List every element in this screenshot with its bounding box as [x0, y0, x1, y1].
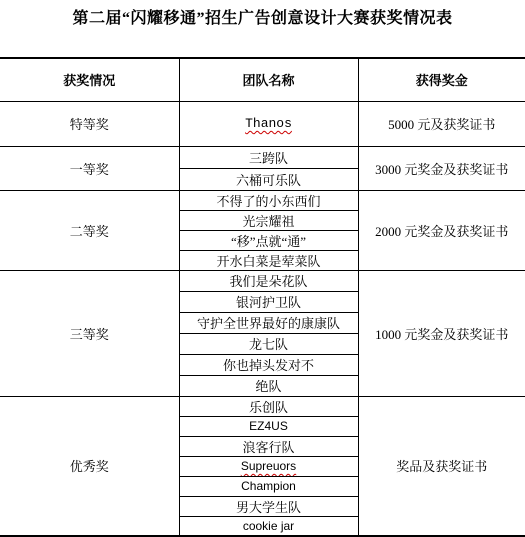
team-name-text: 银河护卫队	[236, 295, 301, 310]
team-name-cell: Champion	[179, 476, 358, 496]
prize-text: 5000 元及获奖证书	[388, 117, 495, 132]
team-name-text: 我们是朵花队	[229, 274, 307, 289]
award-tier-cell: 特等奖	[0, 101, 179, 146]
team-name-text: 光宗耀祖	[242, 214, 294, 229]
header-row: 获奖情况 团队名称 获得奖金	[0, 58, 525, 101]
team-name-text: 乐创队	[249, 400, 288, 415]
team-name-cell: “移”点就“通”	[179, 230, 358, 250]
team-name-cell: Supreuors	[179, 456, 358, 476]
team-name-text: 不得了的小东西们	[216, 194, 320, 209]
team-name-text: 龙七队	[249, 337, 288, 352]
team-name-cell: 男大学生队	[179, 496, 358, 516]
prize-cell: 1000 元奖金及获奖证书	[358, 270, 525, 396]
prize-cell: 3000 元奖金及获奖证书	[358, 146, 525, 190]
prize-text: 奖品及获奖证书	[396, 459, 487, 474]
table-row: 一等奖三跨队3000 元奖金及获奖证书	[0, 146, 525, 168]
prize-cell: 2000 元奖金及获奖证书	[358, 190, 525, 270]
team-name-text: 你也掉头发对不	[223, 358, 314, 373]
award-tier-cell: 一等奖	[0, 146, 179, 190]
awards-table: 获奖情况 团队名称 获得奖金 特等奖Thanos5000 元及获奖证书一等奖三跨…	[0, 57, 525, 537]
team-name-cell: 龙七队	[179, 333, 358, 354]
award-tier-label: 三等奖	[70, 327, 109, 342]
team-name-cell: 银河护卫队	[179, 291, 358, 312]
team-name-cell: 六桶可乐队	[179, 168, 358, 190]
table-row: 优秀奖乐创队奖品及获奖证书	[0, 396, 525, 416]
team-name-cell: EZ4US	[179, 416, 358, 436]
team-name-text: “移”点就“通”	[231, 234, 306, 249]
document-page: 第二届“闪耀移通”招生广告创意设计大赛获奖情况表 获奖情况 团队名称 获得奖金 …	[0, 0, 525, 537]
prize-text: 3000 元奖金及获奖证书	[375, 162, 508, 177]
header-prize: 获得奖金	[358, 58, 525, 101]
team-name-cell: 三跨队	[179, 146, 358, 168]
team-name-text: Champion	[241, 479, 296, 493]
team-name-spellcheck-text: Supreuors	[241, 459, 296, 473]
team-name-cell: 你也掉头发对不	[179, 354, 358, 375]
team-name-cell: 开水白菜是荤菜队	[179, 250, 358, 270]
award-tier-label: 一等奖	[70, 162, 109, 177]
team-name-text: 浪客行队	[242, 440, 294, 455]
team-name-text: cookie jar	[243, 519, 294, 533]
award-tier-label: 优秀奖	[70, 459, 109, 474]
team-name-text: 绝队	[255, 379, 281, 394]
prize-cell: 奖品及获奖证书	[358, 396, 525, 536]
table-row: 特等奖Thanos5000 元及获奖证书	[0, 101, 525, 146]
award-tier-label: 二等奖	[70, 224, 109, 239]
team-name-cell: 浪客行队	[179, 436, 358, 456]
team-name-cell: 光宗耀祖	[179, 210, 358, 230]
prize-text: 2000 元奖金及获奖证书	[375, 224, 508, 239]
team-name-text: 开水白菜是荤菜队	[216, 254, 320, 269]
prize-text: 1000 元奖金及获奖证书	[375, 327, 508, 342]
table-row: 二等奖不得了的小东西们2000 元奖金及获奖证书	[0, 190, 525, 210]
award-tier-cell: 三等奖	[0, 270, 179, 396]
team-name-cell: 我们是朵花队	[179, 270, 358, 291]
document-title: 第二届“闪耀移通”招生广告创意设计大赛获奖情况表	[0, 0, 525, 57]
team-name-text: 守护全世界最好的康康队	[197, 316, 340, 331]
table-row: 三等奖我们是朵花队1000 元奖金及获奖证书	[0, 270, 525, 291]
team-name-cell: cookie jar	[179, 516, 358, 536]
team-name-spellcheck-text: Thanos	[245, 116, 292, 131]
team-name-text: EZ4US	[249, 419, 288, 433]
award-tier-cell: 二等奖	[0, 190, 179, 270]
header-award-status: 获奖情况	[0, 58, 179, 101]
header-team-name: 团队名称	[179, 58, 358, 101]
team-name-cell: 不得了的小东西们	[179, 190, 358, 210]
team-name-cell: 乐创队	[179, 396, 358, 416]
team-name-text: 男大学生队	[236, 500, 301, 515]
team-name-text: 三跨队	[249, 151, 288, 166]
team-name-cell: 绝队	[179, 375, 358, 396]
award-tier-cell: 优秀奖	[0, 396, 179, 536]
team-name-text: 六桶可乐队	[236, 173, 301, 188]
award-tier-label: 特等奖	[70, 117, 109, 132]
awards-table-header: 获奖情况 团队名称 获得奖金	[0, 58, 525, 101]
awards-table-body: 特等奖Thanos5000 元及获奖证书一等奖三跨队3000 元奖金及获奖证书六…	[0, 101, 525, 536]
prize-cell: 5000 元及获奖证书	[358, 101, 525, 146]
team-name-cell: 守护全世界最好的康康队	[179, 312, 358, 333]
team-name-cell: Thanos	[179, 101, 358, 146]
